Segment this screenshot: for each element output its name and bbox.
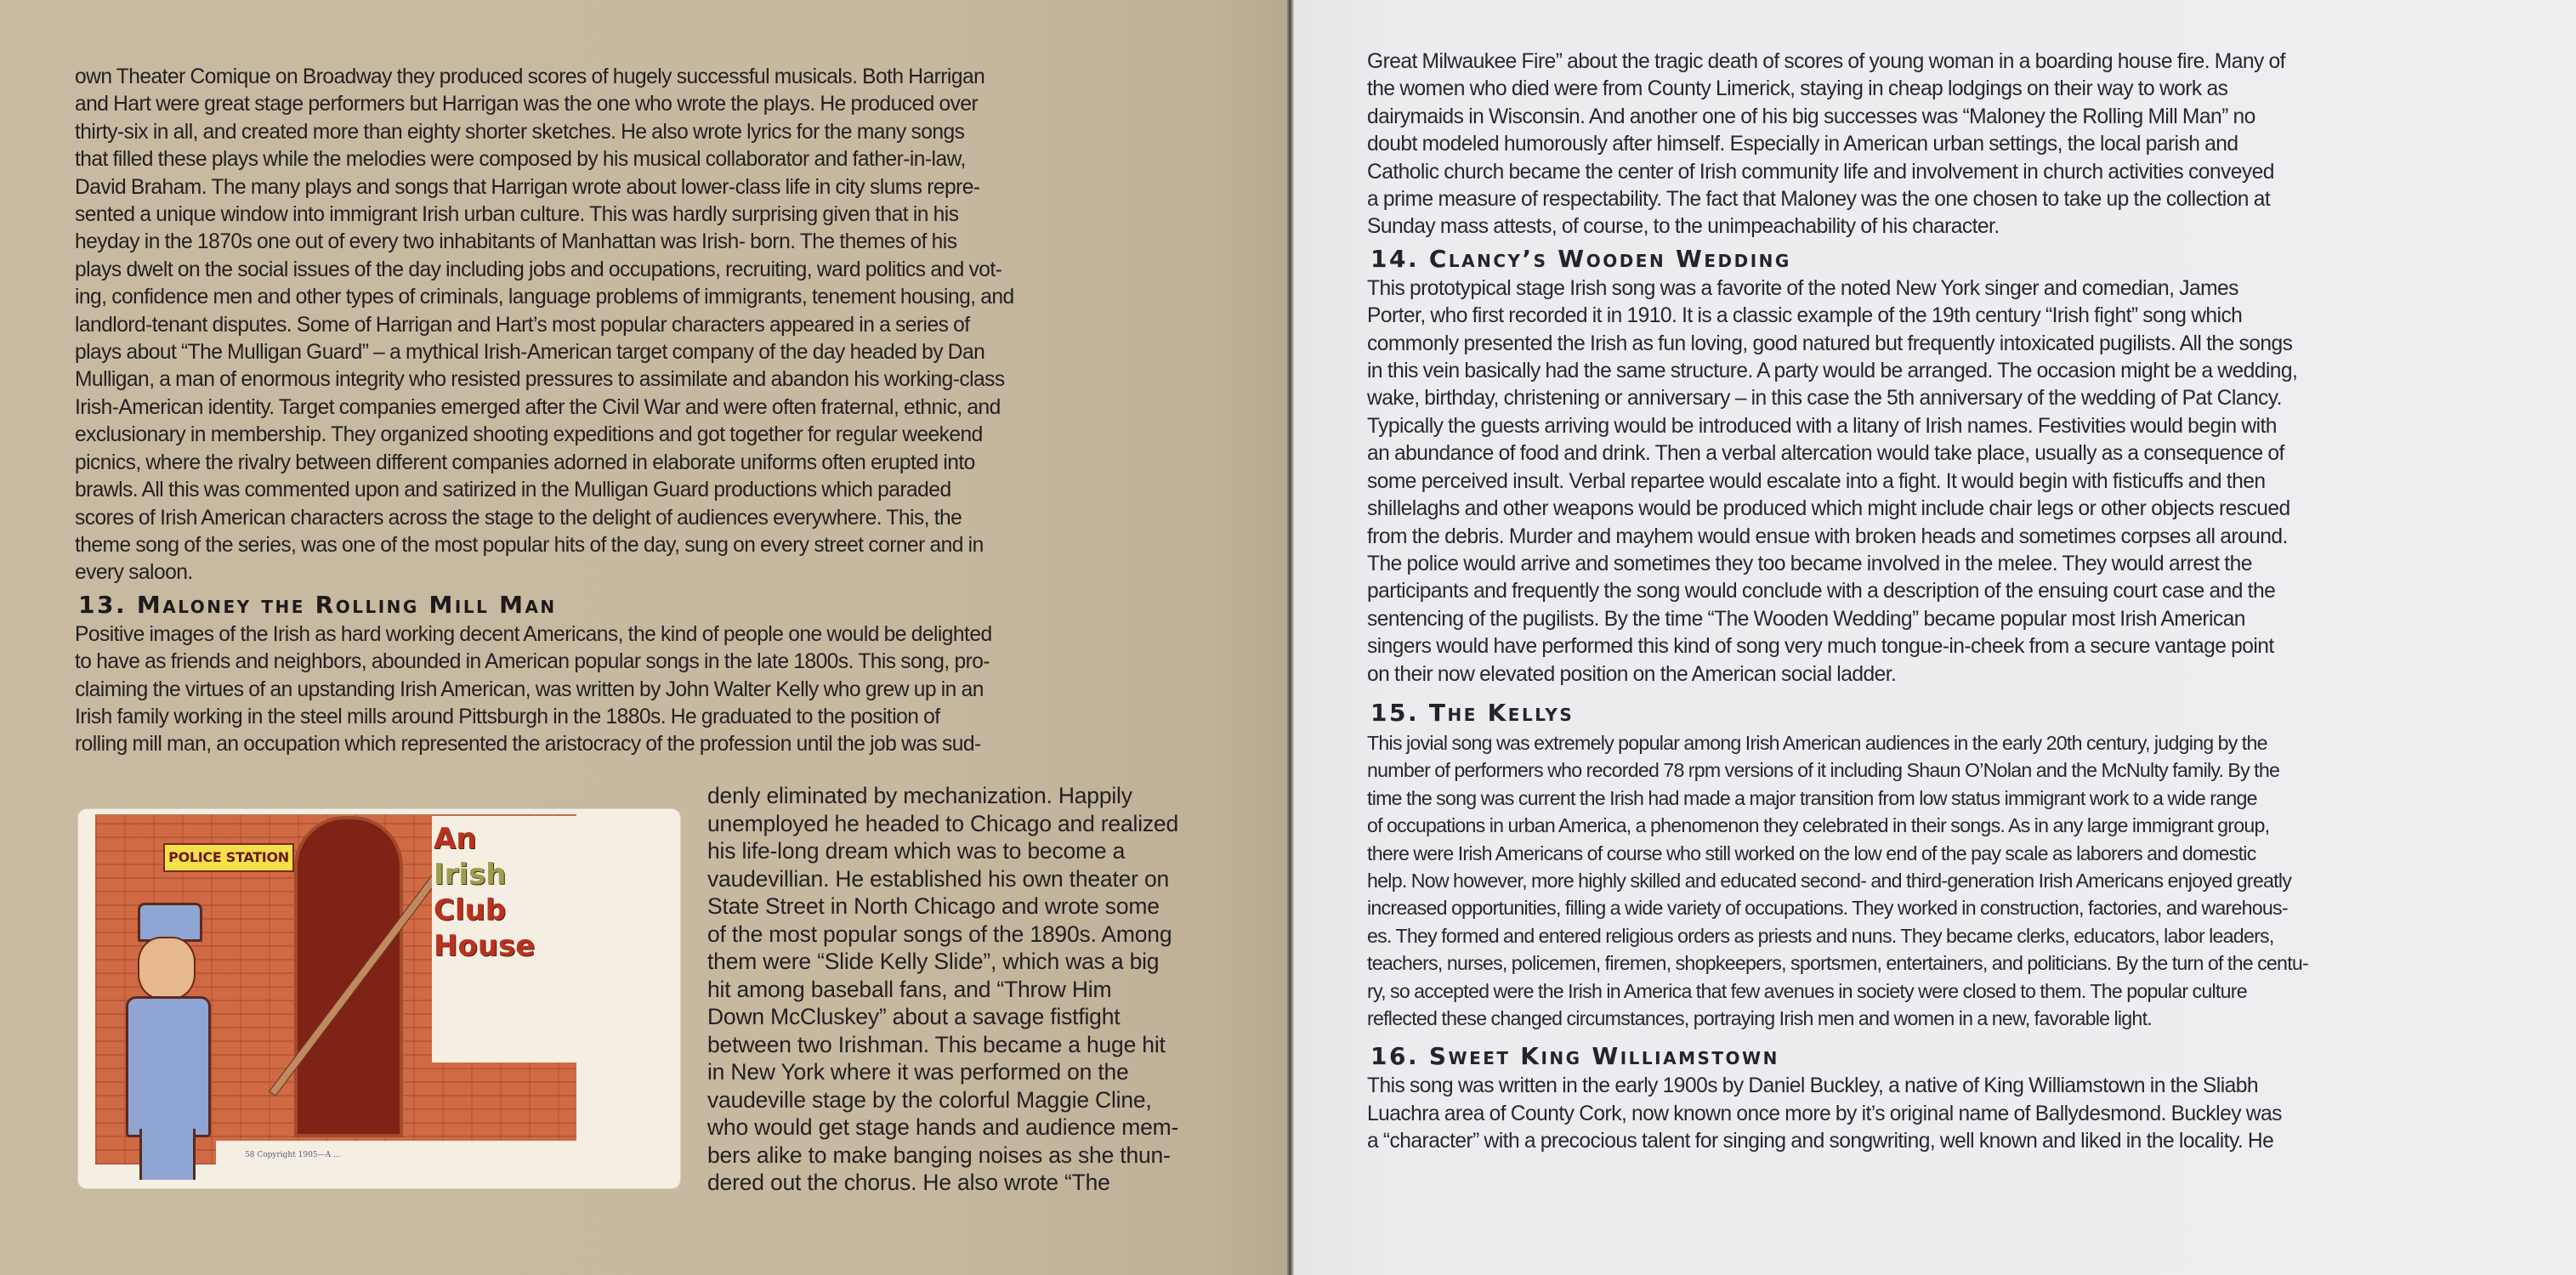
text-line: This jovial song was extremely popular a… [1367,729,2515,756]
text-line: of occupations in urban America, a pheno… [1367,812,2515,839]
text-line: in New York where it was performed on th… [707,1058,1234,1086]
text-line: singers would have performed this kind o… [1367,633,2515,660]
text-line: rolling mill man, an occupation which re… [75,731,1214,758]
postcard-title-line: An [434,821,587,857]
section-14-heading: 14. Clancy’s Wooden Wedding [1370,243,2515,275]
text-line: heyday in the 1870s one out of every two… [75,229,1214,256]
text-line: unemployed he headed to Chicago and real… [707,810,1234,838]
text-line: ry, so accepted were the Irish in Americ… [1367,977,2515,1005]
right-page-text: Great Milwaukee Fire” about the tragic d… [1367,48,2515,1156]
text-line: Irish family working in the steel mills … [75,704,1214,731]
text-line: es. They formed and entered religious or… [1367,922,2515,949]
section-15-heading: 15. The Kellys [1370,697,2515,729]
text-line: plays about “The Mulligan Guard” – a myt… [75,339,1214,366]
text-line: ing, confidence men and other types of c… [75,284,1214,311]
text-line: exclusionary in membership. They organiz… [75,422,1214,449]
text-line: his life-long dream which was to become … [707,837,1234,865]
postcard-title-line: Club [434,892,587,928]
text-line: Positive images of the Irish as hard wor… [75,621,1214,649]
doorway-illustration [294,816,403,1137]
text-line: participants and frequently the song wou… [1367,578,2515,605]
section-13-wrapped-text: denly eliminated by mechanization. Happi… [707,782,1234,1197]
text-line: Mulligan, a man of enormous integrity wh… [75,366,1214,394]
text-line: some perceived insult. Verbal repartee w… [1367,468,2515,496]
intro-paragraph: own Theater Comique on Broadway they pro… [75,64,1214,587]
text-line: denly eliminated by mechanization. Happi… [707,782,1234,810]
text-line: reflected these changed circumstances, p… [1367,1005,2515,1032]
text-line: brawls. All this was commented upon and … [75,477,1214,504]
text-line: This song was written in the early 1900s… [1367,1073,2515,1100]
postcard-title-line: House [434,928,587,964]
text-line: Catholic church became the center of Iri… [1367,159,2515,186]
text-line: vaudevillian. He established his own the… [707,865,1234,893]
text-line: help. Now however, more highly skilled a… [1367,867,2515,894]
postcard-title-line: Irish [434,857,587,892]
postcard-title: An Irish Club House [434,821,587,964]
text-line: State Street in North Chicago and wrote … [707,892,1234,921]
text-line: every saloon. [75,559,1214,586]
text-line: increased opportunities, filling a wide … [1367,894,2515,921]
text-line: sented a unique window into immigrant Ir… [75,201,1214,229]
page-gutter [1287,0,1294,1275]
text-line: own Theater Comique on Broadway they pro… [75,64,1214,91]
text-line: number of performers who recorded 78 rpm… [1367,756,2515,784]
postcard-caption-area [216,1141,590,1188]
section-16-body: This song was written in the early 1900s… [1367,1073,2515,1155]
section-16-heading: 16. Sweet King Williamstown [1370,1040,2515,1073]
continuation-paragraph: Great Milwaukee Fire” about the tragic d… [1367,48,2515,241]
section-13-heading: 13. Maloney the Rolling Mill Man [78,589,1214,621]
text-line: Irish-American identity. Target companie… [75,394,1214,422]
text-line: time the song was current the Irish had … [1367,785,2515,812]
text-line: that filled these plays while the melodi… [75,146,1214,173]
text-line: Typically the guests arriving would be i… [1367,413,2515,440]
text-line: bers alike to make banging noises as she… [707,1142,1234,1170]
text-line: wake, birthday, christening or anniversa… [1367,385,2515,412]
section-14-body: This prototypical stage Irish song was a… [1367,275,2515,688]
text-line: scores of Irish American characters acro… [75,505,1214,532]
text-line: claiming the virtues of an upstanding Ir… [75,677,1214,704]
section-13-body: Positive images of the Irish as hard wor… [75,621,1214,759]
text-line: the women who died were from County Lime… [1367,76,2515,103]
text-line: plays dwelt on the social issues of the … [75,257,1214,284]
text-line: David Braham. The many plays and songs t… [75,174,1214,201]
text-line: teachers, nurses, policemen, firemen, sh… [1367,949,2515,977]
policeman-body-illustration [126,996,211,1137]
text-line: who would get stage hands and audience m… [707,1113,1234,1142]
text-line: The police would arrive and sometimes th… [1367,551,2515,578]
text-line: Porter, who first recorded it in 1910. I… [1367,303,2515,330]
text-line: Sunday mass attests, of course, to the u… [1367,213,2515,241]
text-line: in this vein basically had the same stru… [1367,358,2515,385]
text-line: from the debris. Murder and mayhem would… [1367,524,2515,551]
text-line: between two Irishman. This became a huge… [707,1031,1234,1059]
text-line: thirty-six in all, and created more than… [75,119,1214,146]
text-line: doubt modeled humorously after himself. … [1367,131,2515,158]
text-line: hit among baseball fans, and “Throw Him [707,976,1234,1004]
police-station-sign: POLICE STATION [163,843,294,872]
text-line: commonly presented the Irish as fun lovi… [1367,331,2515,358]
text-line: them were “Slide Kelly Slide”, which was… [707,948,1234,976]
text-line: a “character” with a precocious talent f… [1367,1128,2515,1155]
section-15-body: This jovial song was extremely popular a… [1367,729,2515,1032]
text-line: and Hart were great stage performers but… [75,91,1214,118]
text-line: This prototypical stage Irish song was a… [1367,275,2515,303]
text-line: of the most popular songs of the 1890s. … [707,921,1234,949]
text-line: picnics, where the rivalry between diffe… [75,450,1214,477]
policeman-head-illustration [138,937,196,1000]
text-line: sentencing of the pugilists. By the time… [1367,606,2515,633]
text-line: dered out the chorus. He also wrote “The [707,1169,1234,1197]
text-line: vaudeville stage by the colorful Maggie … [707,1086,1234,1114]
text-line: to have as friends and neighbors, abound… [75,649,1214,676]
text-line: theme song of the series, was one of the… [75,532,1214,559]
postcard-copyright: 58 Copyright 1905—A ... [245,1151,341,1159]
text-line: Great Milwaukee Fire” about the tragic d… [1367,48,2515,76]
irish-club-house-postcard: POLICE STATION An Irish Club House 58 Co… [78,809,680,1188]
text-line: on their now elevated position on the Am… [1367,661,2515,688]
left-page-text: own Theater Comique on Broadway they pro… [75,64,1214,759]
text-line: shillelaghs and other weapons would be p… [1367,496,2515,523]
text-line: dairymaids in Wisconsin. And another one… [1367,104,2515,131]
text-line: landlord-tenant disputes. Some of Harrig… [75,312,1214,339]
text-line: Luachra area of County Cork, now known o… [1367,1101,2515,1128]
text-line: a prime measure of respectability. The f… [1367,186,2515,213]
policeman-legs-illustration [139,1129,196,1180]
text-line: there were Irish Americans of course who… [1367,840,2515,867]
text-line: Down McCluskey” about a savage fistfight [707,1003,1234,1031]
text-line: an abundance of food and drink. Then a v… [1367,440,2515,467]
